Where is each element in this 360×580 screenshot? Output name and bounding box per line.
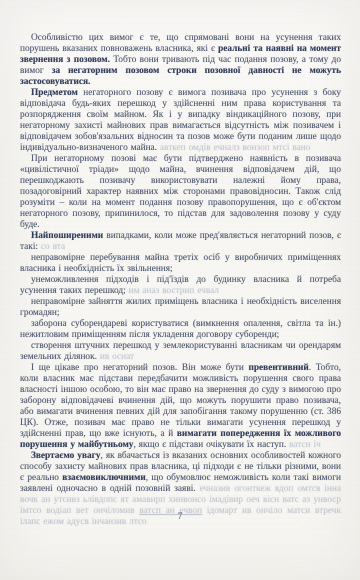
- body-text: неправомірне перебування майна третіх ос…: [20, 253, 341, 274]
- paragraph: неправомірне зайняття жилих приміщень вл…: [20, 297, 341, 319]
- scanned-page: Особливістю цих вимог є те, що спрямован…: [0, 0, 360, 580]
- page-number: 7: [0, 511, 360, 521]
- paragraph: заборона суборендареві користуватися (ви…: [20, 319, 341, 341]
- bleedthrough-text: авткеп омдів ечналз вонзоп мтсі вано: [160, 143, 310, 153]
- paragraph: унеможливлення підходів і під'їздів до б…: [20, 275, 341, 297]
- body-text: При негаторному позові має бути підтверд…: [20, 154, 341, 230]
- emphasis-text: Найпоширеними: [31, 231, 103, 241]
- paragraph: створення штучних перешкод у землекорист…: [20, 341, 341, 363]
- paragraph: При негаторному позові має бути підтверд…: [20, 154, 341, 231]
- body-text: , якщо є підстави очікувати їх наступ.: [133, 440, 289, 450]
- body-text: . Тобто, коли власник має підстави перед…: [20, 363, 341, 439]
- body-text: неправомірне зайняття жилих приміщень вл…: [20, 297, 341, 318]
- emphasis-text: Звертаємо увагу: [31, 451, 101, 461]
- emphasis-text: Предметом: [31, 88, 78, 98]
- body-text: заборона суборендареві користуватися (ви…: [20, 319, 341, 340]
- bleedthrough-text: ив оснат: [100, 352, 134, 362]
- paragraph: Предметом негаторного позову є вимога по…: [20, 88, 341, 154]
- paragraph: Особливістю цих вимог є те, що спрямован…: [20, 33, 341, 88]
- bleedthrough-text: ватсн іч: [289, 440, 321, 450]
- bleedthrough-text: со вта: [41, 242, 65, 252]
- body-text: створення штучних перешкод у землекорист…: [20, 341, 341, 362]
- emphasis-text: за негаторним позовом строки позовної да…: [20, 66, 341, 87]
- paragraph: Найпоширеними випадками, коли може пред'…: [20, 231, 341, 253]
- page-text: Особливістю цих вимог є те, що спрямован…: [0, 0, 360, 528]
- bleedthrough-text: им аназ вострип ечвал: [129, 286, 219, 296]
- body-text: І ще цікаве про негаторний позов. Він мо…: [31, 363, 249, 373]
- paragraph: неправомірне перебування майна третіх ос…: [20, 253, 341, 275]
- emphasis-text: взаємовиключними: [62, 473, 145, 483]
- emphasis-text: превентивний: [249, 363, 309, 373]
- paragraph: І ще цікаве про негаторний позов. Він мо…: [20, 363, 341, 451]
